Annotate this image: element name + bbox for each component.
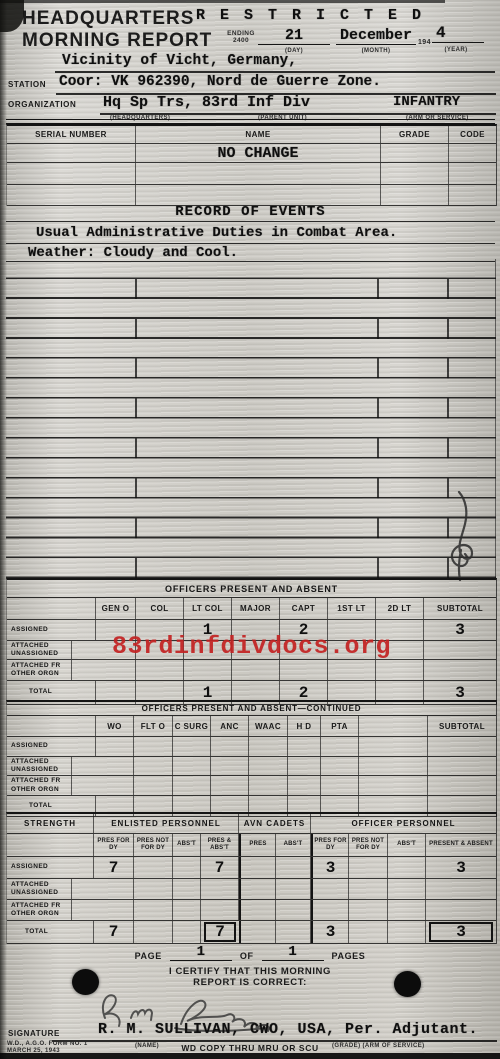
table-cell xyxy=(311,900,349,920)
table-cell xyxy=(239,900,276,920)
row-label: ASSIGNED xyxy=(7,857,94,878)
table-cell xyxy=(349,879,388,899)
report-day: 21 xyxy=(285,27,303,44)
table-cell: PRESENT & ABSENT xyxy=(426,834,496,856)
table-cell xyxy=(173,857,201,878)
form-title-morning-report: MORNING REPORT xyxy=(22,30,212,52)
table-cell xyxy=(349,857,388,878)
table-cell xyxy=(428,757,496,775)
table-cell xyxy=(134,879,173,899)
table-cell xyxy=(426,900,496,920)
table-cell xyxy=(96,776,134,795)
strength-label: STRENGTH xyxy=(7,814,94,833)
strength-table: STRENGTH ENLISTED PERSONNEL AVN CADETS O… xyxy=(6,812,497,944)
table-cell xyxy=(201,879,239,899)
table-cell xyxy=(359,757,428,775)
table-cell: 3 xyxy=(429,922,493,942)
form-title-headquarters: HEADQUARTERS xyxy=(22,8,194,30)
organization-label: ORGANIZATION xyxy=(8,100,76,109)
row-label: ASSIGNED xyxy=(7,737,96,756)
table-cell: 3 xyxy=(311,857,349,878)
no-change-entry: NO CHANGE xyxy=(136,144,381,162)
blank-ruled-lines xyxy=(6,259,496,578)
table-cell xyxy=(359,737,428,756)
report-year-digit: 4 xyxy=(436,24,446,42)
table-cell xyxy=(134,757,173,775)
table-cell: MAJOR xyxy=(232,598,280,619)
table-cell xyxy=(428,776,496,795)
table-cell xyxy=(94,900,134,920)
table-cell: 7 xyxy=(94,857,134,878)
page-number: 1 xyxy=(170,944,232,961)
table-cell xyxy=(276,879,311,899)
table-cell xyxy=(232,660,280,680)
col-code: CODE xyxy=(449,126,496,143)
pages-total: 1 xyxy=(262,944,324,961)
scan-edge-left xyxy=(0,0,7,1059)
pen-mark xyxy=(444,488,488,582)
table-cell xyxy=(96,737,134,756)
table-cell xyxy=(201,900,239,920)
signature-label: SIGNATURE xyxy=(8,1029,60,1038)
table-cell: PTA xyxy=(321,716,359,736)
officers-continued-title: OFFICERS PRESENT AND ABSENT—CONTINUED xyxy=(7,702,496,716)
table-cell xyxy=(426,879,496,899)
officers-table-title: OFFICERS PRESENT AND ABSENT xyxy=(7,580,496,598)
group-officer: OFFICER PERSONNEL xyxy=(311,814,496,833)
certify-line1: I CERTIFY THAT THIS MORNING xyxy=(0,966,500,977)
row-label: ATTACHED UNASSIGNED xyxy=(7,641,72,659)
signature-typed: R. M. SULLIVAN, CWO, USA, Per. Adjutant. xyxy=(98,1021,478,1038)
table-cell xyxy=(173,776,211,795)
ending-time: 2400 xyxy=(226,37,256,44)
table-cell xyxy=(211,757,249,775)
table-cell xyxy=(239,921,276,943)
table-cell xyxy=(321,776,359,795)
table-cell: PRES NOT FOR DY xyxy=(349,834,388,856)
table-cell: WO xyxy=(96,716,134,736)
table-cell xyxy=(424,641,496,659)
arm-of-service-entry: INFANTRY xyxy=(393,94,460,110)
table-cell xyxy=(134,776,173,795)
table-cell xyxy=(134,921,173,943)
table-cell xyxy=(280,660,328,680)
record-of-events-title: RECORD OF EVENTS xyxy=(175,204,325,220)
table-cell xyxy=(211,776,249,795)
table-cell: LT COL xyxy=(184,598,232,619)
ending-label: ENDING xyxy=(226,30,256,37)
table-cell xyxy=(239,857,276,878)
month-caption: (MONTH) xyxy=(336,48,416,54)
table-cell: 3 xyxy=(424,620,496,640)
station-entry: Coor: VK 962390, Nord de Guerre Zone. xyxy=(59,74,381,90)
table-cell xyxy=(359,716,428,736)
row-label: ATTACHED UNASSIGNED xyxy=(7,757,72,775)
table-cell: 7 xyxy=(204,922,236,942)
table-cell xyxy=(321,757,359,775)
table-cell: PRES xyxy=(239,834,276,856)
of-label: OF xyxy=(240,951,254,961)
scan-edge-bottom xyxy=(0,1053,500,1059)
table-cell: PRES FOR DY xyxy=(311,834,349,856)
table-cell: PRES FOR DY xyxy=(94,834,134,856)
group-avn-cadets: AVN CADETS xyxy=(239,814,311,833)
table-cell xyxy=(311,879,349,899)
restricted-stamp: R E S T R I C T E D xyxy=(196,7,424,24)
row-label: ATTACHED FR OTHER ORGN xyxy=(7,660,72,680)
table-cell xyxy=(173,879,201,899)
table-cell: ABS'T xyxy=(173,834,201,856)
table-cell xyxy=(136,660,184,680)
page-label: PAGE xyxy=(135,951,162,961)
row-label: ASSIGNED xyxy=(7,620,96,640)
table-cell xyxy=(359,776,428,795)
table-cell xyxy=(134,857,173,878)
table-cell xyxy=(94,879,134,899)
personnel-change-table: SERIAL NUMBER NAME GRADE CODE NO CHANGE xyxy=(6,124,497,206)
table-cell xyxy=(96,660,136,680)
table-cell: ABS'T xyxy=(388,834,426,856)
row-label: ATTACHED UNASSIGNED xyxy=(7,879,72,899)
table-cell xyxy=(349,900,388,920)
table-cell: WAAC xyxy=(249,716,288,736)
year-prefix: 194 xyxy=(418,39,431,46)
table-cell xyxy=(96,757,134,775)
table-cell xyxy=(321,737,359,756)
table-cell xyxy=(249,737,288,756)
table-cell: ABS'T xyxy=(276,834,311,856)
officers-continued-table: OFFICERS PRESENT AND ABSENT—CONTINUED WO… xyxy=(6,700,497,817)
row-label: TOTAL xyxy=(7,921,94,943)
table-cell: 1ST LT xyxy=(328,598,376,619)
table-cell: GEN O xyxy=(96,598,136,619)
table-cell xyxy=(388,857,426,878)
col-serial-number: SERIAL NUMBER xyxy=(7,126,136,143)
table-cell: PRES & ABS'T xyxy=(201,834,239,856)
wd-copy-note: WD COPY THRU MRU OR SCU xyxy=(0,1043,500,1053)
table-cell xyxy=(173,921,201,943)
table-cell: 3 xyxy=(426,857,496,878)
table-cell: 7 xyxy=(94,921,134,943)
table-cell xyxy=(288,776,321,795)
table-cell xyxy=(276,900,311,920)
table-cell xyxy=(249,776,288,795)
table-cell xyxy=(134,737,173,756)
table-cell xyxy=(388,900,426,920)
row-label: ATTACHED FR OTHER ORGN xyxy=(7,776,72,795)
col-grade: GRADE xyxy=(381,126,449,143)
record-of-events-section: RECORD OF EVENTS Usual Administrative Du… xyxy=(6,202,495,262)
table-cell xyxy=(276,857,311,878)
table-cell xyxy=(388,879,426,899)
col-name: NAME xyxy=(136,126,381,143)
table-cell xyxy=(288,757,321,775)
table-cell xyxy=(349,921,388,943)
table-cell: 2D LT xyxy=(376,598,424,619)
table-cell: C SURG xyxy=(173,716,211,736)
report-month: December xyxy=(340,27,412,44)
table-cell xyxy=(328,660,376,680)
table-cell: 7 xyxy=(201,857,239,878)
table-cell xyxy=(249,757,288,775)
table-cell xyxy=(388,921,426,943)
vicinity-entry: Vicinity of Vicht, Germany, xyxy=(62,53,297,69)
table-cell: COL xyxy=(136,598,184,619)
scan-corner-top-left xyxy=(0,0,24,32)
organization-entry: Hq Sp Trs, 83rd Inf Div xyxy=(103,94,310,111)
table-cell xyxy=(376,660,424,680)
record-line: Usual Administrative Duties in Combat Ar… xyxy=(6,225,397,241)
table-cell xyxy=(239,879,276,899)
morning-report-form: HEADQUARTERS R E S T R I C T E D MORNING… xyxy=(0,0,500,1059)
page-count-row: PAGE 1 OF 1 PAGES xyxy=(0,944,500,961)
table-cell: 3 xyxy=(311,921,349,943)
table-cell: ANC xyxy=(211,716,249,736)
station-label: STATION xyxy=(8,80,46,89)
table-cell xyxy=(173,737,211,756)
table-cell xyxy=(173,900,201,920)
row-label: ATTACHED FR OTHER ORGN xyxy=(7,900,72,920)
table-cell: CAPT xyxy=(280,598,328,619)
table-cell xyxy=(184,660,232,680)
pages-label: PAGES xyxy=(332,951,366,961)
year-caption: (YEAR) xyxy=(432,47,480,53)
website-watermark: 83rdinfdivdocs.org xyxy=(112,632,391,661)
table-cell xyxy=(288,737,321,756)
table-cell xyxy=(134,900,173,920)
table-cell: SUBTOTAL xyxy=(424,598,496,619)
table-cell xyxy=(428,737,496,756)
scan-edge-top xyxy=(0,0,445,3)
table-cell xyxy=(276,921,311,943)
table-cell: PRES NOT FOR DY xyxy=(134,834,173,856)
table-cell: SUBTOTAL xyxy=(428,716,496,736)
table-cell: FLT O xyxy=(134,716,173,736)
table-cell: H D xyxy=(288,716,321,736)
table-cell xyxy=(211,737,249,756)
table-cell xyxy=(173,757,211,775)
table-cell xyxy=(424,660,496,680)
group-enlisted: ENLISTED PERSONNEL xyxy=(94,814,239,833)
